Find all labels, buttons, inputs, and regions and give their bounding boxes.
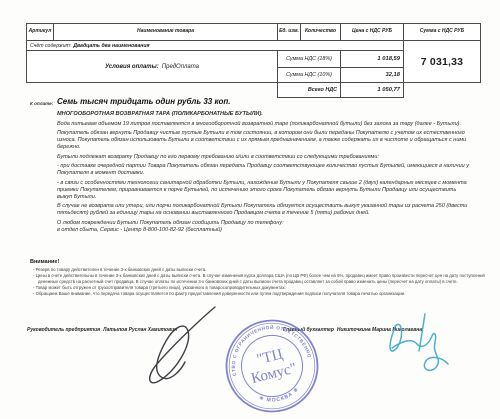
vat10-value-cell: 32,18 [340, 67, 404, 83]
tare-paragraph: Вода питьевая объемом 19 литров поставля… [57, 121, 471, 128]
attention-note: - Цены в счете действительны в течение 3… [33, 273, 490, 284]
vat18-label-cell: Сумма НДС (18%) [277, 50, 341, 68]
company-round-stamp: ОБЩЕСТВО С ОГРАНИЧЕННОЙ ОТВЕТСТВЕННОСТЬЮ… [222, 316, 322, 416]
attention-note: - Товар может быть отгружен от грузоотпр… [33, 285, 490, 291]
col-header-name: Наименование товара [53, 23, 278, 41]
grand-total-cell: 7 031,33 [403, 40, 481, 83]
accountant-handwritten-signature [380, 308, 475, 383]
col-header-unit: Ед. изм. [277, 23, 301, 41]
attention-notes: - Резерв по товару действителен в течени… [33, 267, 490, 297]
tare-paragraph: В случае не возврата или утери, или порч… [57, 203, 471, 217]
attention-label: Внимание! [30, 259, 59, 265]
vat-total-label-cell: Всего НДС [277, 82, 341, 98]
tare-paragraph: Покупатель обязан вернуть Продавцу чисты… [57, 130, 471, 151]
vat-total-value-cell: 1 050,77 [340, 82, 404, 98]
attention-note: - Обращаем Ваше внимание, что передача т… [33, 291, 490, 297]
tare-title: МНОГООБОРОТНАЯ ВОЗВРАТНАЯ ТАРА (ПОЛИКАРБ… [57, 111, 471, 117]
col-header-qty: Количество [300, 23, 341, 41]
payable-amount-words: Семь тысяч тридцать один рубль 33 коп. [57, 97, 231, 106]
invoice-document: { "table": { "col_article": "Артикул", "… [0, 0, 500, 419]
tare-paragraph: - в связи с особенностями технологии сан… [57, 180, 471, 201]
returnable-tare-section: МНОГООБОРОТНАЯ ВОЗВРАТНАЯ ТАРА (ПОЛИКАРБ… [57, 111, 471, 237]
contains-value: Двадцать два наименования [73, 43, 149, 49]
payment-terms-cell: Условия оплаты: ПредОплата [26, 50, 278, 83]
vat10-label-cell: Сумма НДС (10%) [277, 67, 341, 83]
col-header-price: Цена с НДС РУБ [340, 23, 404, 41]
tare-paragraph: Бутыли подлежат возврату Продавцу по его… [57, 154, 471, 161]
tare-paragraph: - при доставке очередной партии Товара П… [57, 163, 471, 177]
payable-label: К оплате: [30, 101, 53, 106]
col-header-sum: Сумма с НДС РУБ [403, 23, 481, 41]
totals-table: Артикул Наименование товара Ед. изм. Кол… [26, 23, 481, 98]
tare-phone-line: в отдел сбыта, Сервис - Центр 8-800-100-… [57, 227, 471, 234]
attention-note: - Резерв по товару действителен в течени… [33, 267, 490, 273]
tare-paragraph: О любом повреждении Бутыли Покупатель об… [57, 220, 471, 227]
payment-terms-value: ПредОплата [162, 64, 199, 70]
vat18-value-cell: 1 018,59 [340, 50, 404, 68]
payment-terms-label: Условия оплаты: [105, 64, 159, 70]
contains-label: Счёт содержит: [30, 43, 71, 49]
col-header-article: Артикул [26, 23, 54, 41]
director-handwritten-signature [130, 300, 220, 390]
director-title: Руководитель предприятия [27, 327, 100, 333]
